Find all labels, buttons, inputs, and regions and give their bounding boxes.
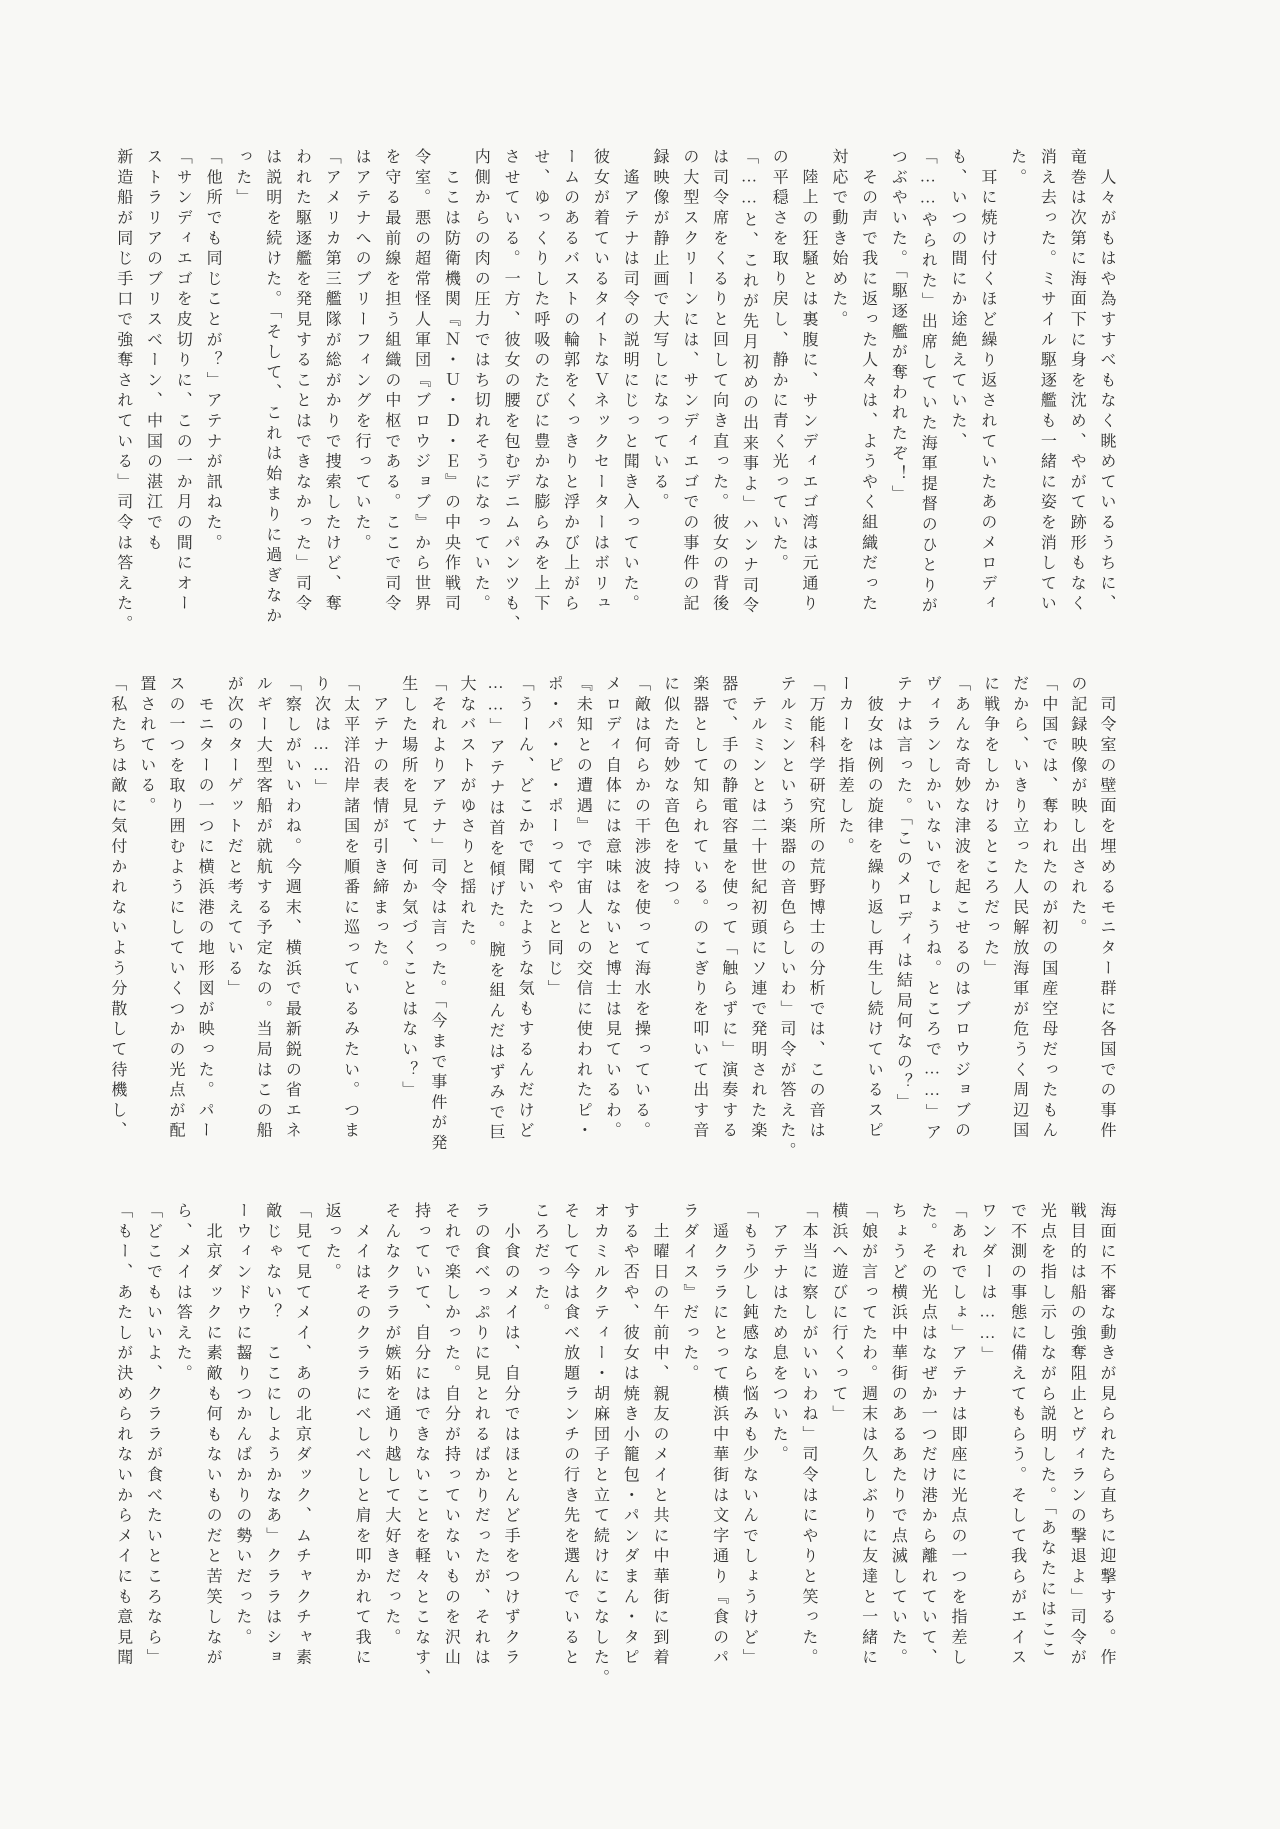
text-column: 「あれでしょ」アテナは即座に光点の一つを指差し	[942, 1202, 972, 1672]
text-column: 「もー、あたしが決められないからメイにも意見聞	[108, 1202, 138, 1672]
text-column: ーカーを指差した。	[830, 675, 859, 1145]
text-column: 「見て見てメイ、あの北京ダック、ムチャクチャ素	[287, 1202, 317, 1672]
text-column: 録映像が静止画で大写しになっている。	[644, 148, 674, 618]
text-column: った」	[227, 148, 257, 618]
text-column: 「それよりアテナ」司令は言った。「今まで事件が発	[423, 675, 452, 1145]
text-column: テルミンとは二十世紀初頭にソ連で発明された楽	[743, 675, 772, 1145]
text-column: メロディ自体には意味はないと博士は見ているわ。	[597, 675, 626, 1145]
text-column: だから、いきり立った人民解放海軍が危うく周辺国	[1005, 675, 1034, 1145]
text-column: 彼女は例の旋律を繰り返し再生し続けているスピ	[859, 675, 888, 1145]
text-column: 竜巻は次第に海面下に身を沈め、やがて跡形もなく	[1061, 148, 1091, 618]
text-column: 「他所でも同じことが？」アテナが訊ねた。	[197, 148, 227, 618]
text-column: ここは防衛機関『Ｎ・Ｕ・Ｄ・Ｅ』の中央作戦司	[436, 148, 466, 618]
text-column: オカミルクティー・胡麻団子と立て続けにこなした。	[585, 1202, 615, 1672]
text-column: 遙アテナは司令の説明にじっと聞き入っていた。	[614, 148, 644, 618]
text-column: そして今は食べ放題ランチの行き先を選んでいると	[555, 1202, 585, 1672]
text-column: 北京ダックに素敵も何もないものだと苦笑しなが	[197, 1202, 227, 1672]
text-column: 「察しがいいわね。今週末、横浜で最新鋭の省エネ	[277, 675, 306, 1145]
text-column: で不測の事態に備えてもらう。そして我らがエイス	[1002, 1202, 1032, 1672]
text-column: 「太平洋沿岸諸国を順番に巡っているみたい。つま	[335, 675, 364, 1145]
text-column: た。	[1002, 148, 1032, 618]
text-column: 楽器として知られている。のこぎりを叩いて出す音	[685, 675, 714, 1145]
text-column: の記録映像が映し出された。	[1063, 675, 1092, 1145]
text-column: 消え去った。ミサイル駆逐艦も一緒に姿を消してい	[1032, 148, 1062, 618]
text-column: 「私たちは敵に気付かれないよう分散して待機し、	[103, 675, 132, 1145]
text-column: ラダイス』だった。	[674, 1202, 704, 1672]
text-column: も、いつの間にか途絶えていた、	[942, 148, 972, 618]
text-column: ら、メイは答えた。	[168, 1202, 198, 1672]
text-column: ストラリアのブリスベーン、中国の湛江でも	[138, 148, 168, 618]
text-column: 「中国では、奪われたのが初の国産空母だったもん	[1034, 675, 1063, 1145]
text-column: せ、ゆっくりした呼吸のたびに豊かな膨らみを上下	[525, 148, 555, 618]
text-column: はアテナへのブリーフィングを行っていた。	[346, 148, 376, 618]
text-column: 戦目的は船の強奪阻止とヴィランの撃退よ」司令が	[1061, 1202, 1091, 1672]
text-column: その声で我に返った人々は、ようやく組織だった	[853, 148, 883, 618]
text-column: 生した場所を見て、何か気づくことはない？」	[394, 675, 423, 1145]
text-block-bottom: 海面に不審な動きが見られたら直ちに迎撃する。作戦目的は船の強奪阻止とヴィランの撃…	[108, 1202, 1121, 1680]
text-column: 対応で動き始めた。	[823, 148, 853, 618]
text-column: に戦争をしかけるところだった」	[976, 675, 1005, 1145]
text-column: 人々がもはや為すすべもなく眺めているうちに、	[1091, 148, 1121, 618]
text-column: ームのあるバストの輪郭をくっきりと浮かび上がら	[555, 148, 585, 618]
text-column: テルミンという楽器の音色らしいわ」司令が答えた。	[772, 675, 801, 1145]
text-column: た。その光点はなぜか一つだけ港から離れていて、	[912, 1202, 942, 1672]
text-column: 彼女が着ているタイトなＶネックセーターはボリュ	[585, 148, 615, 618]
text-column: ヴィランしかいないでしょうね。ところで……」ア	[917, 675, 946, 1145]
text-column: 「……やられた」出席していた海軍提督のひとりが	[912, 148, 942, 618]
text-column: テナは言った。「このメロディは結局何なの？」	[888, 675, 917, 1145]
text-column: 「敵は何らかの干渉波を使って海水を操っている。	[626, 675, 655, 1145]
text-column: 「もう少し鈍感なら悩みも少ないんでしょうけど」	[734, 1202, 764, 1672]
text-column: つぶやいた。「駆逐艦が奪われたぞ！」	[883, 148, 913, 618]
text-column: 「……と、これが先月初めの出来事よ」ハンナ司令	[734, 148, 764, 618]
text-column: それで楽しかった。自分が持っていないものを沢山	[436, 1202, 466, 1672]
text-column: の大型スクリーンには、サンディエゴでの事件の記	[674, 148, 704, 618]
novel-page: 人々がもはや為すすべもなく眺めているうちに、竜巻は次第に海面下に身を沈め、やがて…	[0, 0, 1280, 1829]
text-column: 「どこでもいいよ、クララが食べたいところなら」	[138, 1202, 168, 1672]
text-column: ワンダーは……」	[972, 1202, 1002, 1672]
text-column: そんなクララが嫉妬を通り越して大好きだった。	[376, 1202, 406, 1672]
text-column: させている。一方、彼女の腰を包むデニムパンツも、	[495, 148, 525, 618]
text-column: が次のターゲットだと考えている」	[219, 675, 248, 1145]
text-column: 横浜へ遊びに行くって」	[823, 1202, 853, 1672]
text-column: 「娘が言ってたわ。週末は久しぶりに友達と一緒に	[853, 1202, 883, 1672]
text-column: われた駆逐艦を発見することはできなかった」司令	[287, 148, 317, 618]
text-column: 置されている。	[132, 675, 161, 1145]
text-column: に似た奇妙な音色を持つ。	[656, 675, 685, 1145]
text-column: 海面に不審な動きが見られたら直ちに迎撃する。作	[1091, 1202, 1121, 1672]
text-column: は説明を続けた。「そして、これは始まりに過ぎなか	[257, 148, 287, 618]
text-column: 新造船が同じ手口で強奪されている」司令は答えた。	[108, 148, 138, 618]
text-block-middle: 司令室の壁面を埋めるモニター群に各国での事件の記録映像が映し出された。「中国では…	[103, 675, 1121, 1153]
text-column: は司令席をくるりと回して向き直った。彼女の背後	[704, 148, 734, 618]
text-column: 令室。悪の超常怪人軍団『ブロウジョブ』から世界	[406, 148, 436, 618]
text-column: 「サンディエゴを皮切りに、この一か月の間にオー	[168, 148, 198, 618]
text-column: 「万能科学研究所の荒野博士の分析では、この音は	[801, 675, 830, 1145]
text-column: モニターの一つに横浜港の地形図が映った。パー	[190, 675, 219, 1145]
text-column: 「あんな奇妙な津波を起こせるのはブロウジョブの	[946, 675, 975, 1145]
text-column: 土曜日の午前中、親友のメイと共に中華街に到着	[644, 1202, 674, 1672]
text-column: 内側からの肉の圧力ではち切れそうになっていた。	[465, 148, 495, 618]
text-column: り次は……」	[306, 675, 335, 1145]
text-column: 耳に焼け付くほど繰り返されていたあのメロディ	[972, 148, 1002, 618]
text-column: ポ・パ・ピ・ポーってやつと同じ」	[539, 675, 568, 1145]
text-column: 『未知との遭遇』で宇宙人との交信に使われたピ・	[568, 675, 597, 1145]
text-column: 遥クララにとって横浜中華街は文字通り『食のパ	[704, 1202, 734, 1672]
text-column: 持っていて、自分にはできないことを軽々とこなす、	[406, 1202, 436, 1672]
text-column: を守る最前線を担う組織の中枢である。ここで司令	[376, 148, 406, 618]
text-column: ーウィンドウに齧りつかんばかりの勢いだった。	[227, 1202, 257, 1672]
text-block-top: 人々がもはや為すすべもなく眺めているうちに、竜巻は次第に海面下に身を沈め、やがて…	[108, 148, 1121, 626]
text-column: 器で、手の静電容量を使って「触らずに」演奏する	[714, 675, 743, 1145]
text-column: 返った。	[316, 1202, 346, 1672]
text-column: 陸上の狂騒とは裏腹に、サンディエゴ湾は元通り	[793, 148, 823, 618]
text-column: ルギー大型客船が就航する予定なの。当局はこの船	[248, 675, 277, 1145]
text-column: ちょうど横浜中華街のあるあたりで点滅していた。	[883, 1202, 913, 1672]
text-column: 大なバストがゆさりと揺れた。	[452, 675, 481, 1145]
text-column: メイはそのクララにべしべしと肩を叩かれて我に	[346, 1202, 376, 1672]
text-column: 「本当に察しがいいわね」司令はにやりと笑った。	[793, 1202, 823, 1672]
text-column: 敵じゃない？ ここにしようかなあ」クララはショ	[257, 1202, 287, 1672]
text-column: の平穏さを取り戻し、静かに青く光っていた。	[763, 148, 793, 618]
text-column: 司令室の壁面を埋めるモニター群に各国での事件	[1092, 675, 1121, 1145]
text-column: するや否や、彼女は焼き小籠包・パンダまん・タピ	[614, 1202, 644, 1672]
text-column: アテナの表情が引き締まった。	[365, 675, 394, 1145]
text-column: 光点を指し示しながら説明した。「あなたにはここ	[1032, 1202, 1062, 1672]
text-column: 小食のメイは、自分ではほとんど手をつけずクラ	[495, 1202, 525, 1672]
text-column: 「アメリカ第三艦隊が総がかりで捜索したけど、奪	[316, 148, 346, 618]
text-column: ラの食べっぷりに見とれるばかりだったが、それは	[465, 1202, 495, 1672]
text-column: アテナはため息をついた。	[763, 1202, 793, 1672]
text-column: ……」アテナは首を傾げた。腕を組んだはずみで巨	[481, 675, 510, 1145]
text-column: 「うーん、どこかで聞いたような気もするんだけど	[510, 675, 539, 1145]
text-column: スの一つを取り囲むようにしていくつかの光点が配	[161, 675, 190, 1145]
text-column: ころだった。	[525, 1202, 555, 1672]
